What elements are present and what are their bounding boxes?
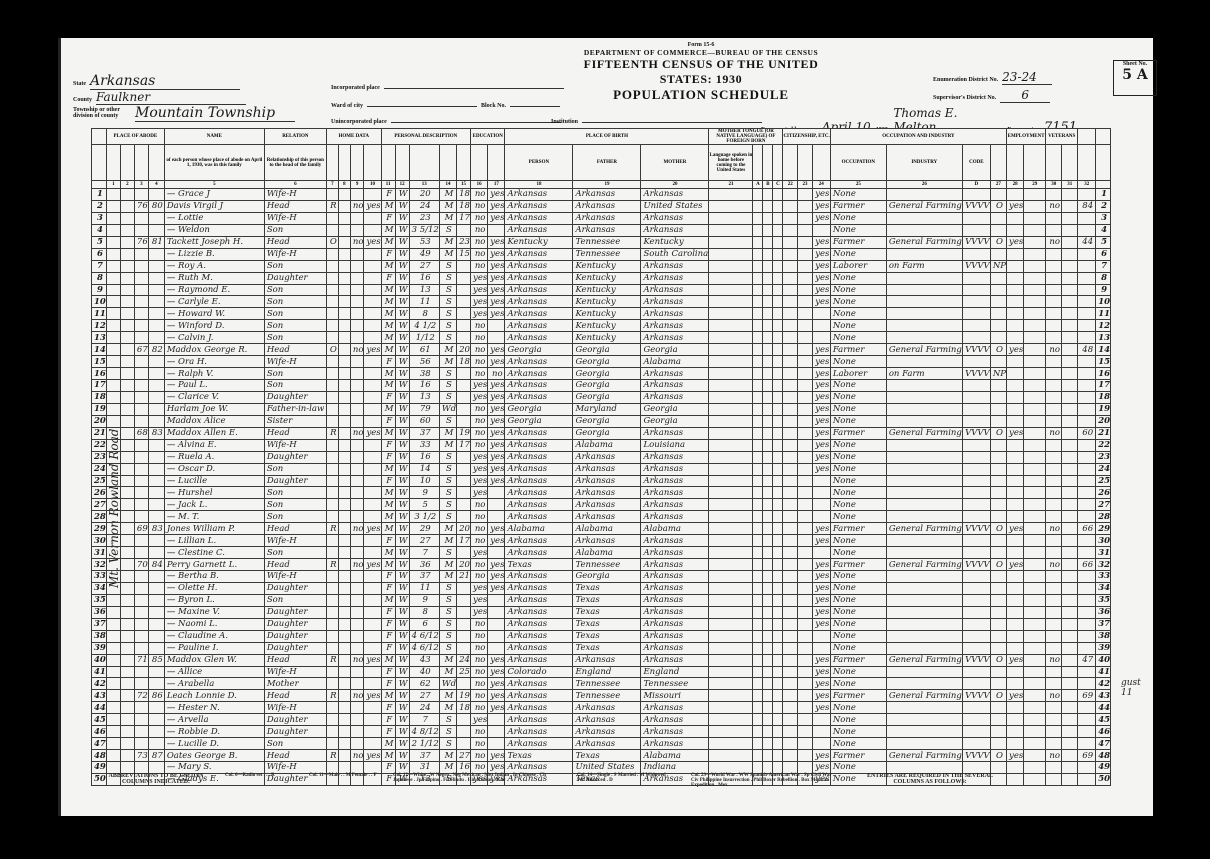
marital-status: S bbox=[439, 487, 456, 499]
lives-on-farm bbox=[364, 189, 381, 201]
dwelling-number bbox=[134, 368, 148, 380]
marital-status: S bbox=[439, 714, 456, 726]
attended-school: no bbox=[471, 762, 488, 774]
industry bbox=[886, 726, 962, 738]
naturalization bbox=[798, 571, 813, 583]
age-at-marriage bbox=[457, 618, 471, 630]
birthplace-mother: Arkansas bbox=[641, 511, 709, 523]
code-a bbox=[753, 380, 763, 392]
home-value bbox=[338, 296, 350, 308]
family-number: 80 bbox=[148, 200, 164, 212]
birthplace-person: Arkansas bbox=[505, 439, 573, 451]
abbrev-title: ABBREVIATIONS TO BE USED IN COLUMNS INDI… bbox=[101, 773, 211, 785]
class-of-worker bbox=[990, 391, 1006, 403]
code-b bbox=[763, 666, 773, 678]
code-a bbox=[753, 618, 763, 630]
sex: M bbox=[381, 427, 395, 439]
code-a bbox=[753, 654, 763, 666]
language-subhead: Language spoken in home before coming to… bbox=[709, 145, 753, 181]
birthplace-father: Tennessee bbox=[573, 678, 641, 690]
column-number: 1 bbox=[106, 181, 120, 189]
ed-label: Enumeration District No. bbox=[933, 77, 998, 83]
war bbox=[1062, 391, 1078, 403]
at-work bbox=[1007, 487, 1024, 499]
code-b bbox=[763, 618, 773, 630]
naturalization bbox=[798, 535, 813, 547]
line-number: 32 bbox=[92, 559, 107, 571]
relation: Head bbox=[264, 654, 326, 666]
family-number bbox=[148, 571, 164, 583]
can-read-write: yes bbox=[488, 403, 505, 415]
veteran bbox=[1046, 212, 1062, 224]
home-owned bbox=[326, 618, 338, 630]
abbrev-col14: Col. 14—Single . S Married . M Widowed .… bbox=[577, 773, 677, 783]
speaks-english bbox=[812, 332, 830, 344]
house-number bbox=[120, 547, 134, 559]
code-a bbox=[753, 750, 763, 762]
house-number bbox=[120, 344, 134, 356]
code-b bbox=[763, 391, 773, 403]
table-row: 19Harlam Joe W.Father-in-lawMW79WdnoyesG… bbox=[92, 403, 1111, 415]
can-read-write: yes bbox=[488, 344, 505, 356]
mother-tongue-header: MOTHER TONGUE (OR NATIVE LANGUAGE) OF FO… bbox=[709, 129, 783, 145]
marital-status: S bbox=[439, 511, 456, 523]
war bbox=[1062, 487, 1078, 499]
birthplace-mother: Arkansas bbox=[641, 320, 709, 332]
line-number: 24 bbox=[92, 463, 107, 475]
at-work bbox=[1007, 642, 1024, 654]
veteran bbox=[1046, 403, 1062, 415]
house-number bbox=[120, 690, 134, 702]
industry: General Farming bbox=[886, 654, 962, 666]
line-number: 19 bbox=[92, 403, 107, 415]
class-of-worker bbox=[990, 642, 1006, 654]
sex: F bbox=[381, 571, 395, 583]
can-read-write bbox=[488, 487, 505, 499]
occupation-code bbox=[962, 618, 990, 630]
age: 27 bbox=[409, 690, 439, 702]
code-b bbox=[763, 678, 773, 690]
birthplace-father: Tennessee bbox=[573, 248, 641, 260]
naturalization bbox=[798, 726, 813, 738]
line-number-right: 31 bbox=[1096, 547, 1111, 559]
attended-school: no bbox=[471, 571, 488, 583]
naturalization bbox=[798, 642, 813, 654]
language-spoken bbox=[709, 272, 753, 284]
birth-person-subhead: PERSON bbox=[505, 145, 573, 181]
column-number: 8 bbox=[338, 181, 350, 189]
occupation: None bbox=[830, 606, 886, 618]
code-c bbox=[773, 439, 783, 451]
war bbox=[1062, 308, 1078, 320]
line-number-right: 3 bbox=[1096, 212, 1111, 224]
code-a-subhead bbox=[753, 145, 763, 181]
radio-set bbox=[350, 714, 364, 726]
veteran bbox=[1046, 487, 1062, 499]
house-number bbox=[120, 296, 134, 308]
can-read-write: yes bbox=[488, 439, 505, 451]
at-work bbox=[1007, 332, 1024, 344]
birthplace-father: Kentucky bbox=[573, 272, 641, 284]
birthplace-father: Arkansas bbox=[573, 738, 641, 750]
idle-line bbox=[1024, 487, 1046, 499]
code-c bbox=[773, 630, 783, 642]
occupation-code bbox=[962, 320, 990, 332]
person-name: — Grace J bbox=[164, 189, 264, 201]
relation: Head bbox=[264, 559, 326, 571]
line-number-right: 46 bbox=[1096, 726, 1111, 738]
speaks-english bbox=[812, 308, 830, 320]
code-a bbox=[753, 666, 763, 678]
naturalization bbox=[798, 415, 813, 427]
street-name bbox=[106, 272, 120, 284]
code-c bbox=[773, 547, 783, 559]
code-c bbox=[773, 224, 783, 236]
sheet-number-box: Sheet No. 5 A bbox=[1113, 60, 1157, 96]
birthplace-father: Arkansas bbox=[573, 535, 641, 547]
street-name bbox=[106, 702, 120, 714]
occupation: Farmer bbox=[830, 750, 886, 762]
can-read-write bbox=[488, 630, 505, 642]
birthplace-mother: Arkansas bbox=[641, 451, 709, 463]
line-number: 16 bbox=[92, 368, 107, 380]
age: 33 bbox=[409, 439, 439, 451]
lives-on-farm bbox=[364, 714, 381, 726]
dwelling-number bbox=[134, 642, 148, 654]
speaks-english: yes bbox=[812, 618, 830, 630]
birthplace-father: Texas bbox=[573, 618, 641, 630]
birthplace-father: Texas bbox=[573, 630, 641, 642]
marital-status: S bbox=[439, 224, 456, 236]
farm-schedule bbox=[1078, 189, 1096, 201]
birthplace-person: Arkansas bbox=[505, 189, 573, 201]
dwelling-number: 76 bbox=[134, 200, 148, 212]
code-c bbox=[773, 427, 783, 439]
sd-label: Supervisor's District No. bbox=[933, 95, 996, 101]
code-b bbox=[763, 344, 773, 356]
at-work bbox=[1007, 356, 1024, 368]
relation: Wife-H bbox=[264, 356, 326, 368]
immigration-year bbox=[783, 475, 798, 487]
immigration-year bbox=[783, 212, 798, 224]
sex-subhead bbox=[381, 145, 395, 181]
table-row: 36— Maxine V.DaughterFW8SyesArkansasTexa… bbox=[92, 606, 1111, 618]
birthplace-father: Texas bbox=[573, 750, 641, 762]
home-owned bbox=[326, 582, 338, 594]
attended-school: no bbox=[471, 642, 488, 654]
line-number: 6 bbox=[92, 248, 107, 260]
family-number bbox=[148, 738, 164, 750]
can-read-write: yes bbox=[488, 308, 505, 320]
age-at-marriage: 21 bbox=[457, 571, 471, 583]
industry bbox=[886, 666, 962, 678]
war bbox=[1062, 511, 1078, 523]
line-number: 47 bbox=[92, 738, 107, 750]
block-label: Block No. bbox=[481, 103, 506, 109]
naturalization bbox=[798, 427, 813, 439]
age-at-marriage bbox=[457, 726, 471, 738]
language-spoken bbox=[709, 308, 753, 320]
home-owned bbox=[326, 726, 338, 738]
age: 27 bbox=[409, 535, 439, 547]
at-work bbox=[1007, 284, 1024, 296]
class-of-worker: O bbox=[990, 559, 1006, 571]
at-work bbox=[1007, 511, 1024, 523]
occupation-code bbox=[962, 666, 990, 678]
line-number-right: 27 bbox=[1096, 499, 1111, 511]
column-number: 30 bbox=[1046, 181, 1062, 189]
class-of-worker bbox=[990, 272, 1006, 284]
industry: General Farming bbox=[886, 750, 962, 762]
sex: F bbox=[381, 582, 395, 594]
lives-on-farm bbox=[364, 738, 381, 750]
naturalization bbox=[798, 236, 813, 248]
birthplace-father: Georgia bbox=[573, 427, 641, 439]
family-number bbox=[148, 714, 164, 726]
language-spoken bbox=[709, 403, 753, 415]
relation: Daughter bbox=[264, 582, 326, 594]
code-b bbox=[763, 284, 773, 296]
race: W bbox=[395, 547, 409, 559]
war bbox=[1062, 714, 1078, 726]
line-number: 45 bbox=[92, 714, 107, 726]
idle-line bbox=[1024, 535, 1046, 547]
street-name bbox=[106, 499, 120, 511]
dwelling-number: 73 bbox=[134, 750, 148, 762]
speaks-english: yes bbox=[812, 368, 830, 380]
lives-on-farm: yes bbox=[364, 750, 381, 762]
idle-line bbox=[1024, 582, 1046, 594]
veteran bbox=[1046, 499, 1062, 511]
institution-field: Institution bbox=[551, 110, 762, 128]
occupation-industry-header: OCCUPATION AND INDUSTRY bbox=[830, 129, 1006, 145]
dwelling-number bbox=[134, 439, 148, 451]
class-of-worker bbox=[990, 499, 1006, 511]
birthplace-father: Alabama bbox=[573, 523, 641, 535]
immigration-year bbox=[783, 606, 798, 618]
house-number bbox=[120, 487, 134, 499]
birthplace-mother: Arkansas bbox=[641, 260, 709, 272]
can-read-write: yes bbox=[488, 535, 505, 547]
name-header: NAME bbox=[164, 129, 264, 145]
family-number bbox=[148, 308, 164, 320]
farm-schedule bbox=[1078, 332, 1096, 344]
line-number: 10 bbox=[92, 296, 107, 308]
sex: F bbox=[381, 714, 395, 726]
naturalization bbox=[798, 308, 813, 320]
farm-schedule bbox=[1078, 726, 1096, 738]
family-number bbox=[148, 475, 164, 487]
age-at-marriage: 24 bbox=[457, 654, 471, 666]
line-number-right: 33 bbox=[1096, 571, 1111, 583]
relation: Son bbox=[264, 380, 326, 392]
street-name bbox=[106, 618, 120, 630]
code-b bbox=[763, 582, 773, 594]
house-number bbox=[120, 559, 134, 571]
war bbox=[1062, 499, 1078, 511]
person-name: Maddox Allen E. bbox=[164, 427, 264, 439]
age: 79 bbox=[409, 403, 439, 415]
birthplace-father: Arkansas bbox=[573, 475, 641, 487]
can-read-write bbox=[488, 511, 505, 523]
dwelling-number bbox=[134, 356, 148, 368]
birthplace-father: Kentucky bbox=[573, 320, 641, 332]
street-name bbox=[106, 535, 120, 547]
language-spoken bbox=[709, 523, 753, 535]
person-name: — Pauline I. bbox=[164, 642, 264, 654]
veteran bbox=[1046, 606, 1062, 618]
line-number-right: 18 bbox=[1096, 391, 1111, 403]
language-spoken bbox=[709, 212, 753, 224]
code-c bbox=[773, 678, 783, 690]
age-at-marriage bbox=[457, 475, 471, 487]
family-number bbox=[148, 224, 164, 236]
can-read-write bbox=[488, 499, 505, 511]
lives-on-farm bbox=[364, 606, 381, 618]
attended-school: no bbox=[471, 618, 488, 630]
farm-schedule bbox=[1078, 284, 1096, 296]
line-number: 42 bbox=[92, 678, 107, 690]
birthplace-mother: Arkansas bbox=[641, 738, 709, 750]
dwelling-number bbox=[134, 571, 148, 583]
occupation: None bbox=[830, 571, 886, 583]
attended-school: no bbox=[471, 415, 488, 427]
birthplace-father: Kentucky bbox=[573, 332, 641, 344]
table-row: 13— Calvin J.SonMW1/12SnoArkansasKentuck… bbox=[92, 332, 1111, 344]
industry bbox=[886, 487, 962, 499]
dwelling-number bbox=[134, 487, 148, 499]
family-number bbox=[148, 499, 164, 511]
idle-line bbox=[1024, 320, 1046, 332]
age: 20 bbox=[409, 189, 439, 201]
line-number: 1 bbox=[92, 189, 107, 201]
home-owned bbox=[326, 439, 338, 451]
occupation: None bbox=[830, 642, 886, 654]
language-spoken bbox=[709, 666, 753, 678]
idle-line bbox=[1024, 499, 1046, 511]
relation: Wife-H bbox=[264, 666, 326, 678]
line-number: 4 bbox=[92, 224, 107, 236]
marital-status: M bbox=[439, 666, 456, 678]
marital-status: M bbox=[439, 248, 456, 260]
unincorporated-label: Unincorporated place bbox=[331, 119, 387, 125]
street-subhead bbox=[106, 145, 120, 181]
column-number: 6 bbox=[264, 181, 326, 189]
idle-line bbox=[1024, 547, 1046, 559]
dwelling-number bbox=[134, 535, 148, 547]
industry bbox=[886, 606, 962, 618]
street-name bbox=[106, 690, 120, 702]
line-number: 12 bbox=[92, 320, 107, 332]
can-read-write: yes bbox=[488, 451, 505, 463]
dwelling-number bbox=[134, 499, 148, 511]
code-b bbox=[763, 654, 773, 666]
radio-set bbox=[350, 451, 364, 463]
sex: M bbox=[381, 332, 395, 344]
language-spoken bbox=[709, 535, 753, 547]
age: 4 6/12 bbox=[409, 630, 439, 642]
relation: Son bbox=[264, 224, 326, 236]
relation: Son bbox=[264, 260, 326, 272]
war bbox=[1062, 678, 1078, 690]
radio-set bbox=[350, 248, 364, 260]
school-subhead bbox=[471, 145, 488, 181]
home-owned: R bbox=[326, 559, 338, 571]
home-value bbox=[338, 666, 350, 678]
code-a bbox=[753, 606, 763, 618]
class-of-worker bbox=[990, 666, 1006, 678]
table-row: 327084Perry Garnett L.HeadRnoyesMW36M20n… bbox=[92, 559, 1111, 571]
naturalization bbox=[798, 212, 813, 224]
home-value bbox=[338, 415, 350, 427]
code-c bbox=[773, 762, 783, 774]
idle-line bbox=[1024, 618, 1046, 630]
birthplace-father: Georgia bbox=[573, 356, 641, 368]
code-c bbox=[773, 189, 783, 201]
footer-abbreviations: ABBREVIATIONS TO BE USED IN COLUMNS INDI… bbox=[101, 773, 1141, 788]
speaks-english: yes bbox=[812, 260, 830, 272]
farm-schedule bbox=[1078, 714, 1096, 726]
immigration-year bbox=[783, 523, 798, 535]
birthplace-mother: Arkansas bbox=[641, 547, 709, 559]
dwelling-number bbox=[134, 511, 148, 523]
lives-on-farm bbox=[364, 391, 381, 403]
code-a bbox=[753, 571, 763, 583]
birthplace-person: Arkansas bbox=[505, 356, 573, 368]
speaks-english: yes bbox=[812, 356, 830, 368]
speaks-english: yes bbox=[812, 571, 830, 583]
industry bbox=[886, 403, 962, 415]
age: 4 6/12 bbox=[409, 642, 439, 654]
line-no-subhead bbox=[92, 145, 107, 181]
relation: Father-in-law bbox=[264, 403, 326, 415]
radio-set: no bbox=[350, 427, 364, 439]
age: 8 bbox=[409, 308, 439, 320]
idle-line bbox=[1024, 690, 1046, 702]
class-of-worker: O bbox=[990, 654, 1006, 666]
age-at-marriage: 20 bbox=[457, 344, 471, 356]
idle-line bbox=[1024, 200, 1046, 212]
speaks-english bbox=[812, 726, 830, 738]
radio-set bbox=[350, 189, 364, 201]
race: W bbox=[395, 666, 409, 678]
attended-school: no bbox=[471, 511, 488, 523]
at-work bbox=[1007, 630, 1024, 642]
marital-status: S bbox=[439, 391, 456, 403]
race: W bbox=[395, 594, 409, 606]
radio-set bbox=[350, 368, 364, 380]
veteran bbox=[1046, 308, 1062, 320]
relation: Head bbox=[264, 523, 326, 535]
birthplace-person: Arkansas bbox=[505, 272, 573, 284]
can-read-write bbox=[488, 714, 505, 726]
birthplace-father: Georgia bbox=[573, 368, 641, 380]
at-work bbox=[1007, 189, 1024, 201]
at-work bbox=[1007, 451, 1024, 463]
dwelling-number bbox=[134, 260, 148, 272]
immigration-year bbox=[783, 571, 798, 583]
family-number bbox=[148, 332, 164, 344]
at-work bbox=[1007, 606, 1024, 618]
county-value: Faulkner bbox=[96, 90, 246, 105]
lives-on-farm bbox=[364, 535, 381, 547]
home-value bbox=[338, 344, 350, 356]
occupation-code bbox=[962, 332, 990, 344]
sex: M bbox=[381, 200, 395, 212]
street-name bbox=[106, 332, 120, 344]
home-value bbox=[338, 690, 350, 702]
at-work: yes bbox=[1007, 690, 1024, 702]
